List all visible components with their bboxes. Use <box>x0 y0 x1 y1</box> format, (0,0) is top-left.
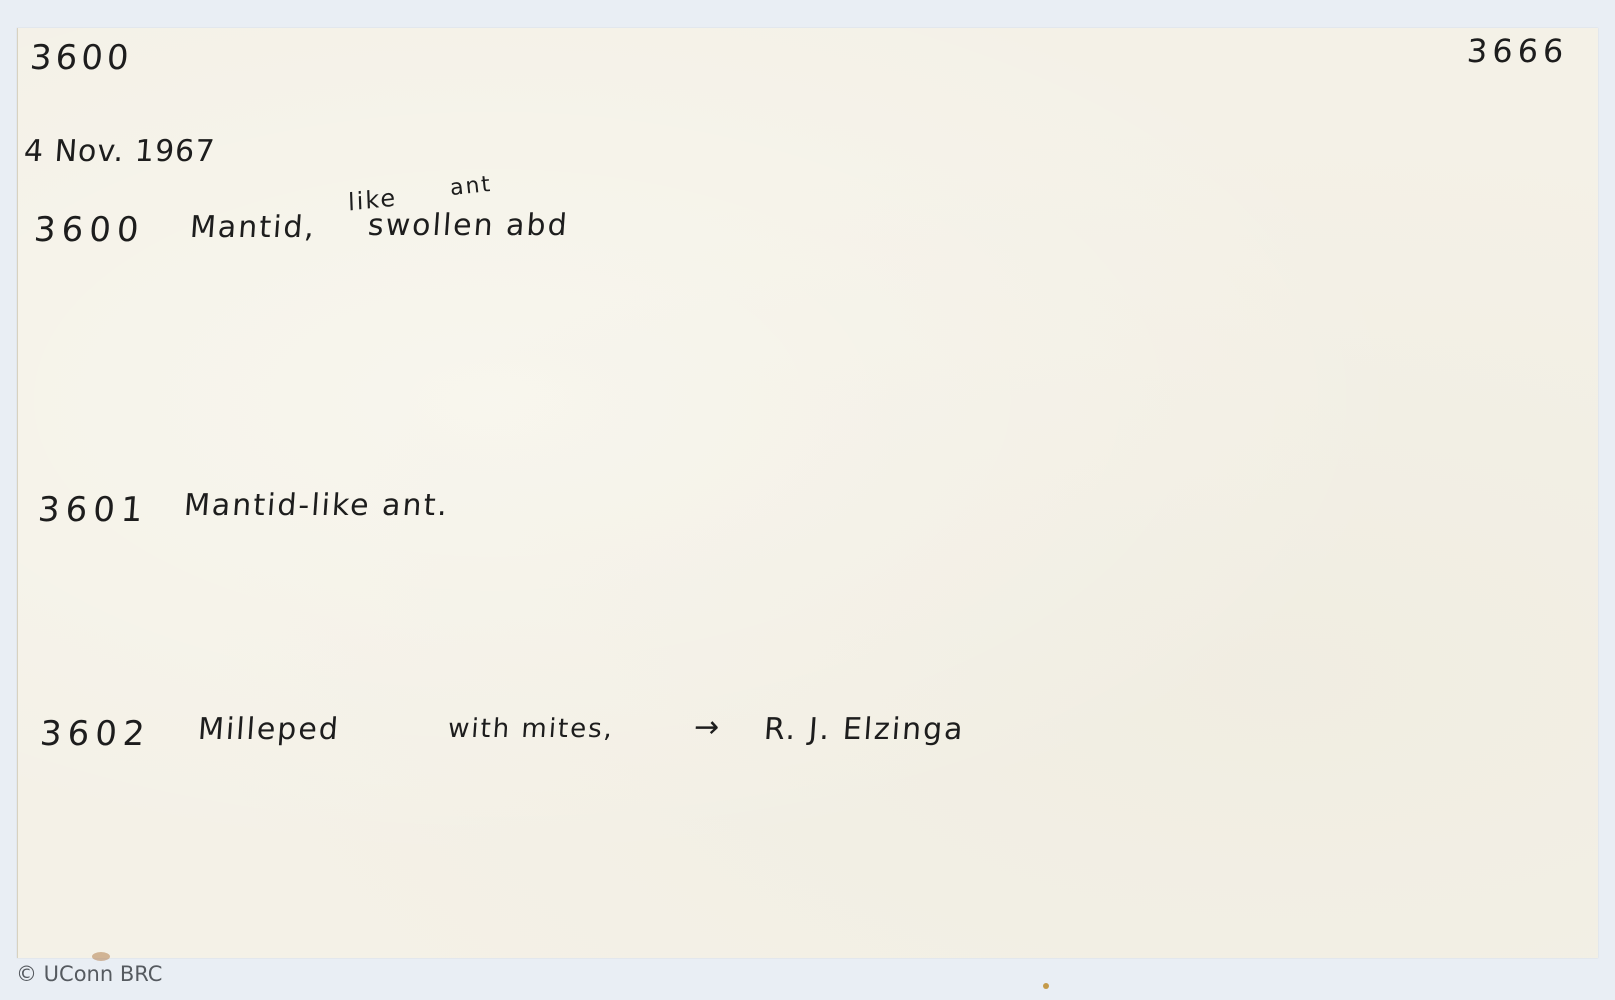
stain-mark <box>92 952 110 961</box>
entry-recipient: R. J. Elzinga <box>763 712 966 747</box>
entry-number: 3602 <box>39 714 152 754</box>
copyright-notice: © UConn BRC <box>16 962 162 986</box>
entry-number: 3600 <box>33 210 146 250</box>
collection-date: 4 Nov. 1967 <box>23 134 217 169</box>
entry-note: with mites, <box>447 714 615 744</box>
arrow-icon: → <box>693 710 723 745</box>
insertion-above-2: ant <box>449 172 493 201</box>
entry-description: Milleped <box>197 712 341 747</box>
entry-description: Mantid, <box>189 210 317 245</box>
entry-description-rest: swollen abd <box>367 208 570 243</box>
range-start-number: 3600 <box>29 38 134 78</box>
index-card: 3600 3666 4 Nov. 1967 3600 Mantid, like … <box>17 28 1598 958</box>
range-end-number: 3666 <box>1465 32 1569 70</box>
entry-number: 3601 <box>37 490 150 530</box>
speck-mark <box>1043 983 1049 989</box>
entry-description: Mantid-like ant. <box>183 488 450 523</box>
